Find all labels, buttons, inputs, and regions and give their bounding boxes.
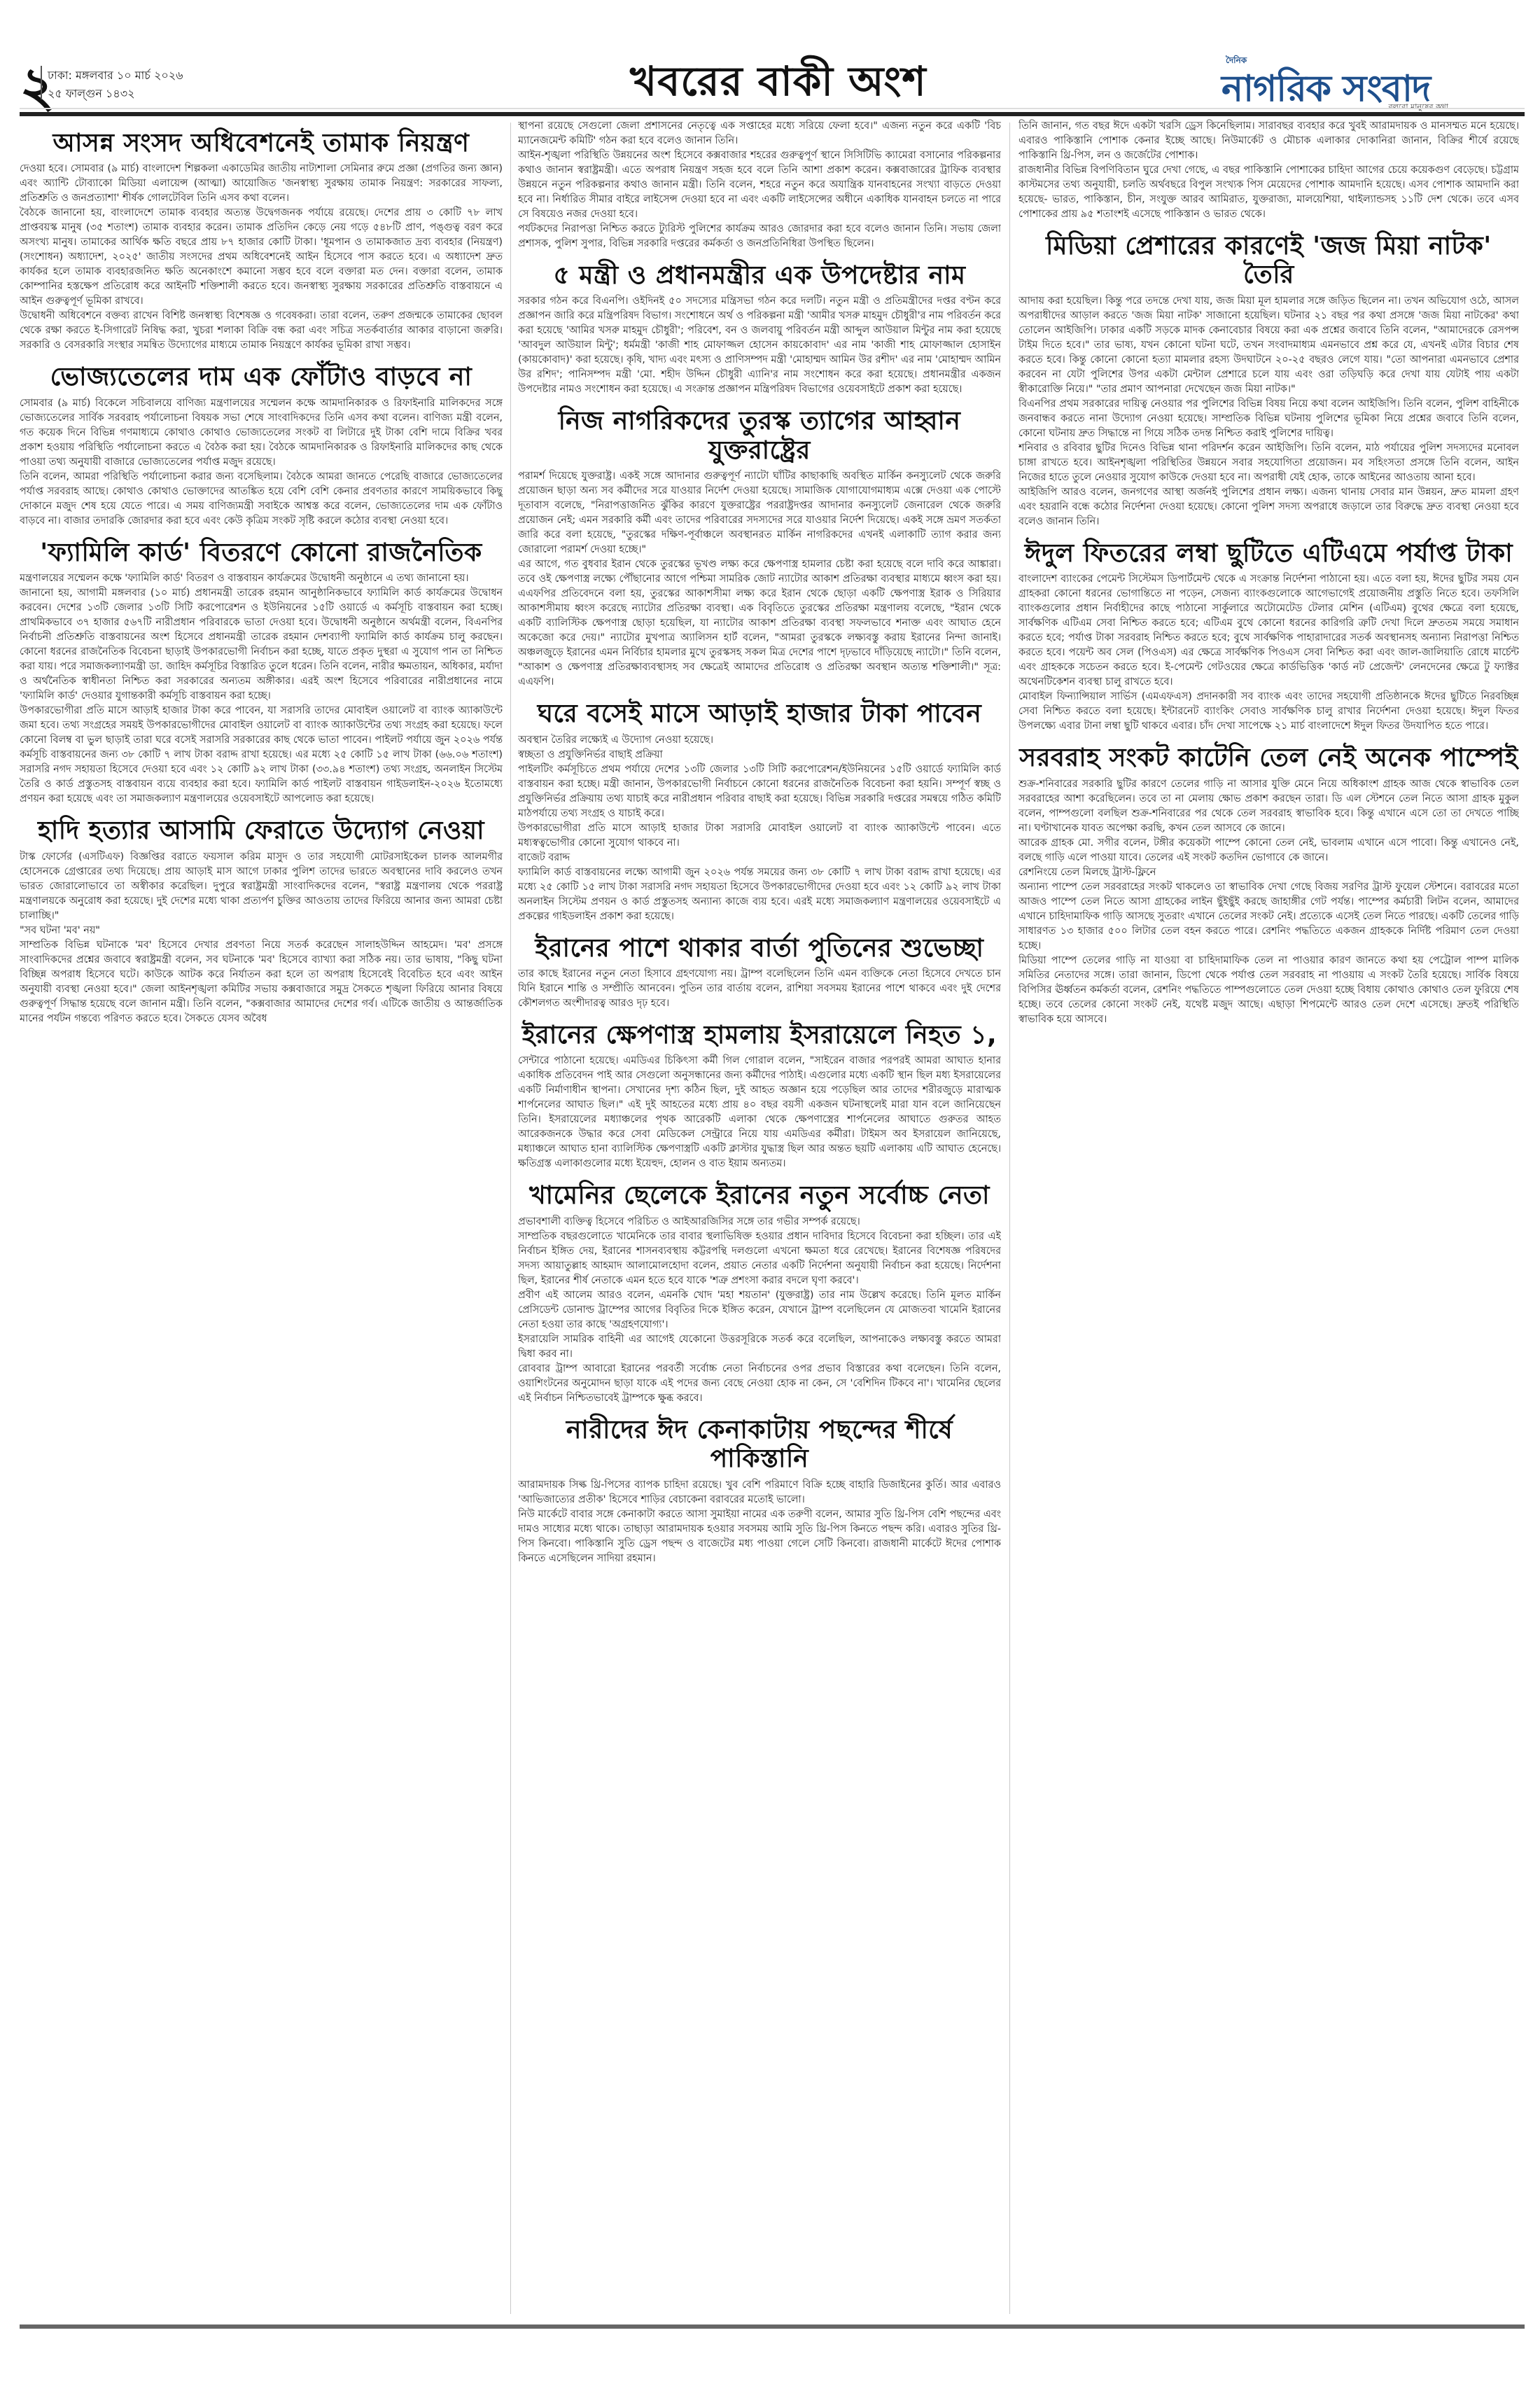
header-rule (20, 112, 1525, 116)
article-israel-missile: ইরানের ক্ষেপণাস্ত্র হামলায় ইসরায়েলে নি… (518, 1021, 1001, 1171)
headline: ঈদুল ফিতরের লম্বা ছুটিতে এটিএমে পর্যাপ্ত… (1018, 539, 1519, 568)
paragraph: ইসরায়েলি সামরিক বাহিনী এর আগেই যেকোনো উ… (518, 1332, 1001, 1362)
paragraph: নিউ মার্কেটে বাবার সঙ্গে কেনাকাটা করতে আ… (518, 1507, 1001, 1566)
article-home-allowance: ঘরে বসেই মাসে আড়াই হাজার টাকা পাবেন অবস… (518, 699, 1001, 923)
article-hadi-murder: হাদি হত্যার আসামি ফেরাতে উদ্যোগ নেওয়া ট… (20, 816, 503, 1026)
headline: 'ফ্যামিলি কার্ড' বিতরণে কোনো রাজনৈতিক (20, 538, 503, 567)
headline: হাদি হত্যার আসামি ফেরাতে উদ্যোগ নেওয়া (20, 816, 503, 845)
paragraph: আইন-শৃঙ্খলা পরিস্থিতি উন্নয়নের অংশ হিসে… (518, 148, 1001, 222)
headline: নিজ নাগরিকদের তুরস্ক ত্যাগের আহ্বান যুক্… (518, 407, 1001, 465)
subheading: রেশনিংয়ে তেল মিলছে ট্রাস্ট-ফ্লিনে (1018, 865, 1519, 880)
article-family-card: 'ফ্যামিলি কার্ড' বিতরণে কোনো রাজনৈতিক মন… (20, 538, 503, 807)
paragraph: আইজিপি আরও বলেন, জনগণের আস্থা অর্জনই পুল… (1018, 485, 1519, 529)
paragraph: আরেক গ্রাহক মো. সগীর বলেন, টঙ্গীর কয়েকট… (1018, 836, 1519, 865)
article-continuation-eid-dress: তিনি জানান, গত বছর ঈদে একটা খরসি ড্রেস ক… (1018, 119, 1519, 222)
article-body: আরামদায়ক সিল্ক থ্রি-পিসের ব্যাপক চাহিদা… (518, 1478, 1001, 1566)
paragraph: পর্যটকদের নিরাপত্তা নিশ্চিত করতে ট্যুরিস… (518, 222, 1001, 251)
article-atm-cash: ঈদুল ফিতরের লম্বা ছুটিতে এটিএমে পর্যাপ্ত… (1018, 539, 1519, 734)
headline: ইরানের ক্ষেপণাস্ত্র হামলায় ইসরায়েলে নি… (518, 1021, 1001, 1050)
subheading: স্বচ্ছতা ও প্রযুক্তিনির্ভর বাছাই প্রক্রি… (518, 748, 1001, 762)
header-rule-thin (20, 108, 1525, 109)
gregorian-date: ঢাকা: মঙ্গলবার ১০ মার্চ ২০২৬ (48, 67, 183, 85)
paragraph: রোববার ট্রাম্প আবারো ইরানের পরবর্তী সর্ব… (518, 1362, 1001, 1406)
article-body: সোমবার (৯ মার্চ) বিকেলে সচিবালয়ে বাণিজ্… (20, 396, 503, 529)
article-body: মন্ত্রণালয়ের সম্মেলন কক্ষে 'ফ্যামিলি কা… (20, 571, 503, 807)
paragraph: আরামদায়ক সিল্ক থ্রি-পিসের ব্যাপক চাহিদা… (518, 1478, 1001, 1507)
article-body: টাস্ক ফোর্সের (এসটিএফ) বিজ্ঞপ্তির বরাতে … (20, 850, 503, 1026)
paragraph: জানানো হয়, আগামী মঙ্গলবার (১০ মার্চ) প্… (20, 586, 503, 704)
article-body: সেন্টারে পাঠানো হয়েছে। এমডিএর চিকিৎসা ক… (518, 1054, 1001, 1171)
article-khamenei-son: খামেনির ছেলেকে ইরানের নতুন সর্বোচ্চ নেতা… (518, 1181, 1001, 1405)
paragraph: তার কাছে ইরানের নতুন নেতা হিসাবে গ্রহণযো… (518, 967, 1001, 1011)
paragraph: সোমবার (৯ মার্চ) বিকেলে সচিবালয়ে বাণিজ্… (20, 396, 503, 470)
headline: নারীদের ঈদ কেনাকাটায় পছন্দের শীর্ষে পাক… (518, 1416, 1001, 1474)
paragraph: বৈঠকে জানানো হয়, বাংলাদেশে তামাক ব্যবহা… (20, 206, 503, 309)
paragraph: শনিবার ও রবিবার ছুটির দিনেও বিভিন্ন থানা… (1018, 441, 1519, 485)
headline: ভোজ্যতেলের দাম এক ফোঁটাও বাড়বে না (20, 363, 503, 391)
paragraph: শুক্র-শনিবারের সরকারি ছুটির কারণে তেলের … (1018, 777, 1519, 836)
headline: খামেনির ছেলেকে ইরানের নতুন সর্বোচ্চ নেতা (518, 1181, 1001, 1210)
headline: ইরানের পাশে থাকার বার্তা পুতিনের শুভেচ্ছ… (518, 934, 1001, 963)
subheading: "সব ঘটনা 'মব' নয়" (20, 923, 503, 938)
article-edible-oil: ভোজ্যতেলের দাম এক ফোঁটাও বাড়বে না সোমবা… (20, 363, 503, 528)
paragraph: সেন্টারে পাঠানো হয়েছে। এমডিএর চিকিৎসা ক… (518, 1054, 1001, 1171)
paragraph: সাম্প্রতিক বছরগুলোতে খামেনিকে তার বাবার … (518, 1229, 1001, 1288)
article-body: স্থাপনা রয়েছে সেগুলো জেলা প্রশাসনের নেত… (518, 119, 1001, 251)
article-body: সরকার গঠন করে বিএনপি। ওইদিনই ৫০ সদস্যের … (518, 294, 1001, 397)
article-body: আদায় করা হয়েছিল। কিন্তু পরে তদন্তে দেখ… (1018, 294, 1519, 529)
article-tobacco-control: আসন্ন সংসদ অধিবেশনেই তামাক নিয়ন্ত্রণ দে… (20, 129, 503, 353)
column-3: তিনি জানান, গত বছর ঈদে একটা খরসি ড্রেস ক… (1018, 119, 1519, 2317)
footer-rule (20, 2324, 1525, 2329)
article-body: বাংলাদেশ ব্যাংকের পেমেন্ট সিস্টেমস ডিপার… (1018, 572, 1519, 734)
paragraph: সরকার গঠন করে বিএনপি। ওইদিনই ৫০ সদস্যের … (518, 294, 1001, 397)
paragraph: ফ্যামিলি কার্ড বাস্তবায়নের লক্ষ্যে আগাম… (518, 865, 1001, 924)
article-continuation-coxs-bazar: স্থাপনা রয়েছে সেগুলো জেলা প্রশাসনের নেত… (518, 119, 1001, 251)
headline: ঘরে বসেই মাসে আড়াই হাজার টাকা পাবেন (518, 699, 1001, 728)
paragraph: প্রভাবশালী ব্যক্তিত্ব হিসেবে পরিচিত ও আই… (518, 1215, 1001, 1229)
paragraph: উপকারভোগীরা প্রতি মাসে আড়াই হাজার টাকা … (20, 704, 503, 807)
masthead: ২ ঢাকা: মঙ্গলবার ১০ মার্চ ২০২৬ ২৫ ফাল্গু… (0, 0, 1540, 112)
article-body: অবস্থান তৈরির লক্ষ্যেই এ উদ্যোগ নেওয়া হ… (518, 733, 1001, 924)
column-2: স্থাপনা রয়েছে সেগুলো জেলা প্রশাসনের নেত… (518, 119, 1001, 2317)
paragraph: মিডিয়া পাম্পে তেলের গাড়ি না যাওয়া বা … (1018, 954, 1519, 1027)
paragraph: উপকারভোগীরা প্রতি মাসে আড়াই হাজার টাকা … (518, 821, 1001, 851)
paragraph: দেওয়া হবে। সোমবার (৯ মার্চ) বাংলাদেশ শি… (20, 162, 503, 206)
paragraph: স্থাপনা রয়েছে সেগুলো জেলা প্রশাসনের নেত… (518, 119, 1001, 148)
column-divider (510, 123, 511, 2314)
article-putin-iran: ইরানের পাশে থাকার বার্তা পুতিনের শুভেচ্ছ… (518, 934, 1001, 1011)
paragraph: মন্ত্রণালয়ের সম্মেলন কক্ষে 'ফ্যামিলি কা… (20, 571, 503, 586)
date-separator (41, 66, 42, 99)
article-body: তার কাছে ইরানের নতুন নেতা হিসাবে গ্রহণযো… (518, 967, 1001, 1011)
column-divider (1009, 123, 1010, 2314)
article-minister-names: ৫ মন্ত্রী ও প্রধানমন্ত্রীর এক উপদেষ্টার … (518, 261, 1001, 397)
headline: আসন্ন সংসদ অধিবেশনেই তামাক নিয়ন্ত্রণ (20, 129, 503, 158)
article-body: তিনি জানান, গত বছর ঈদে একটা খরসি ড্রেস ক… (1018, 119, 1519, 222)
headline: ৫ মন্ত্রী ও প্রধানমন্ত্রীর এক উপদেষ্টার … (518, 261, 1001, 290)
date-block: ঢাকা: মঙ্গলবার ১০ মার্চ ২০২৬ ২৫ ফাল্গুন … (48, 67, 183, 103)
article-body: পরামর্শ দিয়েছে যুক্তরাষ্ট্র। একই সঙ্গে … (518, 469, 1001, 690)
article-judge-mia: মিডিয়া প্রেশারের কারণেই 'জজ মিয়া নাটক'… (1018, 232, 1519, 529)
article-body: শুক্র-শনিবারের সরকারি ছুটির কারণে তেলের … (1018, 777, 1519, 1027)
paragraph: টাস্ক ফোর্সের (এসটিএফ) বিজ্ঞপ্তির বরাতে … (20, 850, 503, 923)
paragraph: এর আগে, গত বুধবার ইরান থেকে তুরস্কের ভূখ… (518, 557, 1001, 690)
paragraph: মোবাইল ফিন্যান্সিয়াল সার্ভিস (এমএফএস) প… (1018, 690, 1519, 734)
headline: মিডিয়া প্রেশারের কারণেই 'জজ মিয়া নাটক'… (1018, 232, 1519, 290)
article-body: দেওয়া হবে। সোমবার (৯ মার্চ) বাংলাদেশ শি… (20, 162, 503, 353)
article-body: প্রভাবশালী ব্যক্তিত্ব হিসেবে পরিচিত ও আই… (518, 1215, 1001, 1406)
paragraph: সাম্প্রতিক বিভিন্ন ঘটনাকে 'মব' হিসেবে দে… (20, 938, 503, 1026)
subheading: বাজেট বরাদ্দ (518, 851, 1001, 865)
paragraph: উদ্বোধনী অধিবেশনে বক্তব্য রাখেন বিশিষ্ট … (20, 309, 503, 353)
paragraph: বাংলাদেশ ব্যাংকের পেমেন্ট সিস্টেমস ডিপার… (1018, 572, 1519, 690)
paragraph: প্রবীণ এই আলেম আরও বলেন, এমনকি খোদ 'মহা … (518, 1288, 1001, 1332)
paragraph: রাজধানীর বিভিন্ন বিপণিবিতান ঘুরে দেখা গে… (1018, 163, 1519, 222)
article-eid-shopping: নারীদের ঈদ কেনাকাটায় পছন্দের শীর্ষে পাক… (518, 1416, 1001, 1566)
paragraph: তিনি বলেন, আমরা পরিস্থিতি পর্যালোচনা করা… (20, 470, 503, 529)
paragraph: পরামর্শ দিয়েছে যুক্তরাষ্ট্র। একই সঙ্গে … (518, 469, 1001, 557)
paragraph: আদায় করা হয়েছিল। কিন্তু পরে তদন্তে দেখ… (1018, 294, 1519, 397)
headline: সরবরাহ সংকট কাটেনি তেল নেই অনেক পাম্পেই (1018, 744, 1519, 772)
column-1: আসন্ন সংসদ অধিবেশনেই তামাক নিয়ন্ত্রণ দে… (20, 119, 503, 2317)
article-fuel-crisis: সরবরাহ সংকট কাটেনি তেল নেই অনেক পাম্পেই … (1018, 744, 1519, 1026)
bangla-date: ২৫ ফাল্গুন ১৪৩২ (48, 85, 183, 103)
article-us-turkey-advisory: নিজ নাগরিকদের তুরস্ক ত্যাগের আহ্বান যুক্… (518, 407, 1001, 690)
paragraph: অন্যান্য পাম্পে তেল সরবরাহের সংকট থাকলেও… (1018, 880, 1519, 954)
paragraph: পাইলটিং কর্মসূচিতে প্রথম পর্যায়ে দেশের … (518, 762, 1001, 821)
paragraph: বিএনপির প্রথম সরকারের দায়িত্ব নেওয়ার প… (1018, 397, 1519, 441)
paragraph: তিনি জানান, গত বছর ঈদে একটা খরসি ড্রেস ক… (1018, 119, 1519, 163)
paragraph: অবস্থান তৈরির লক্ষ্যেই এ উদ্যোগ নেওয়া হ… (518, 733, 1001, 748)
